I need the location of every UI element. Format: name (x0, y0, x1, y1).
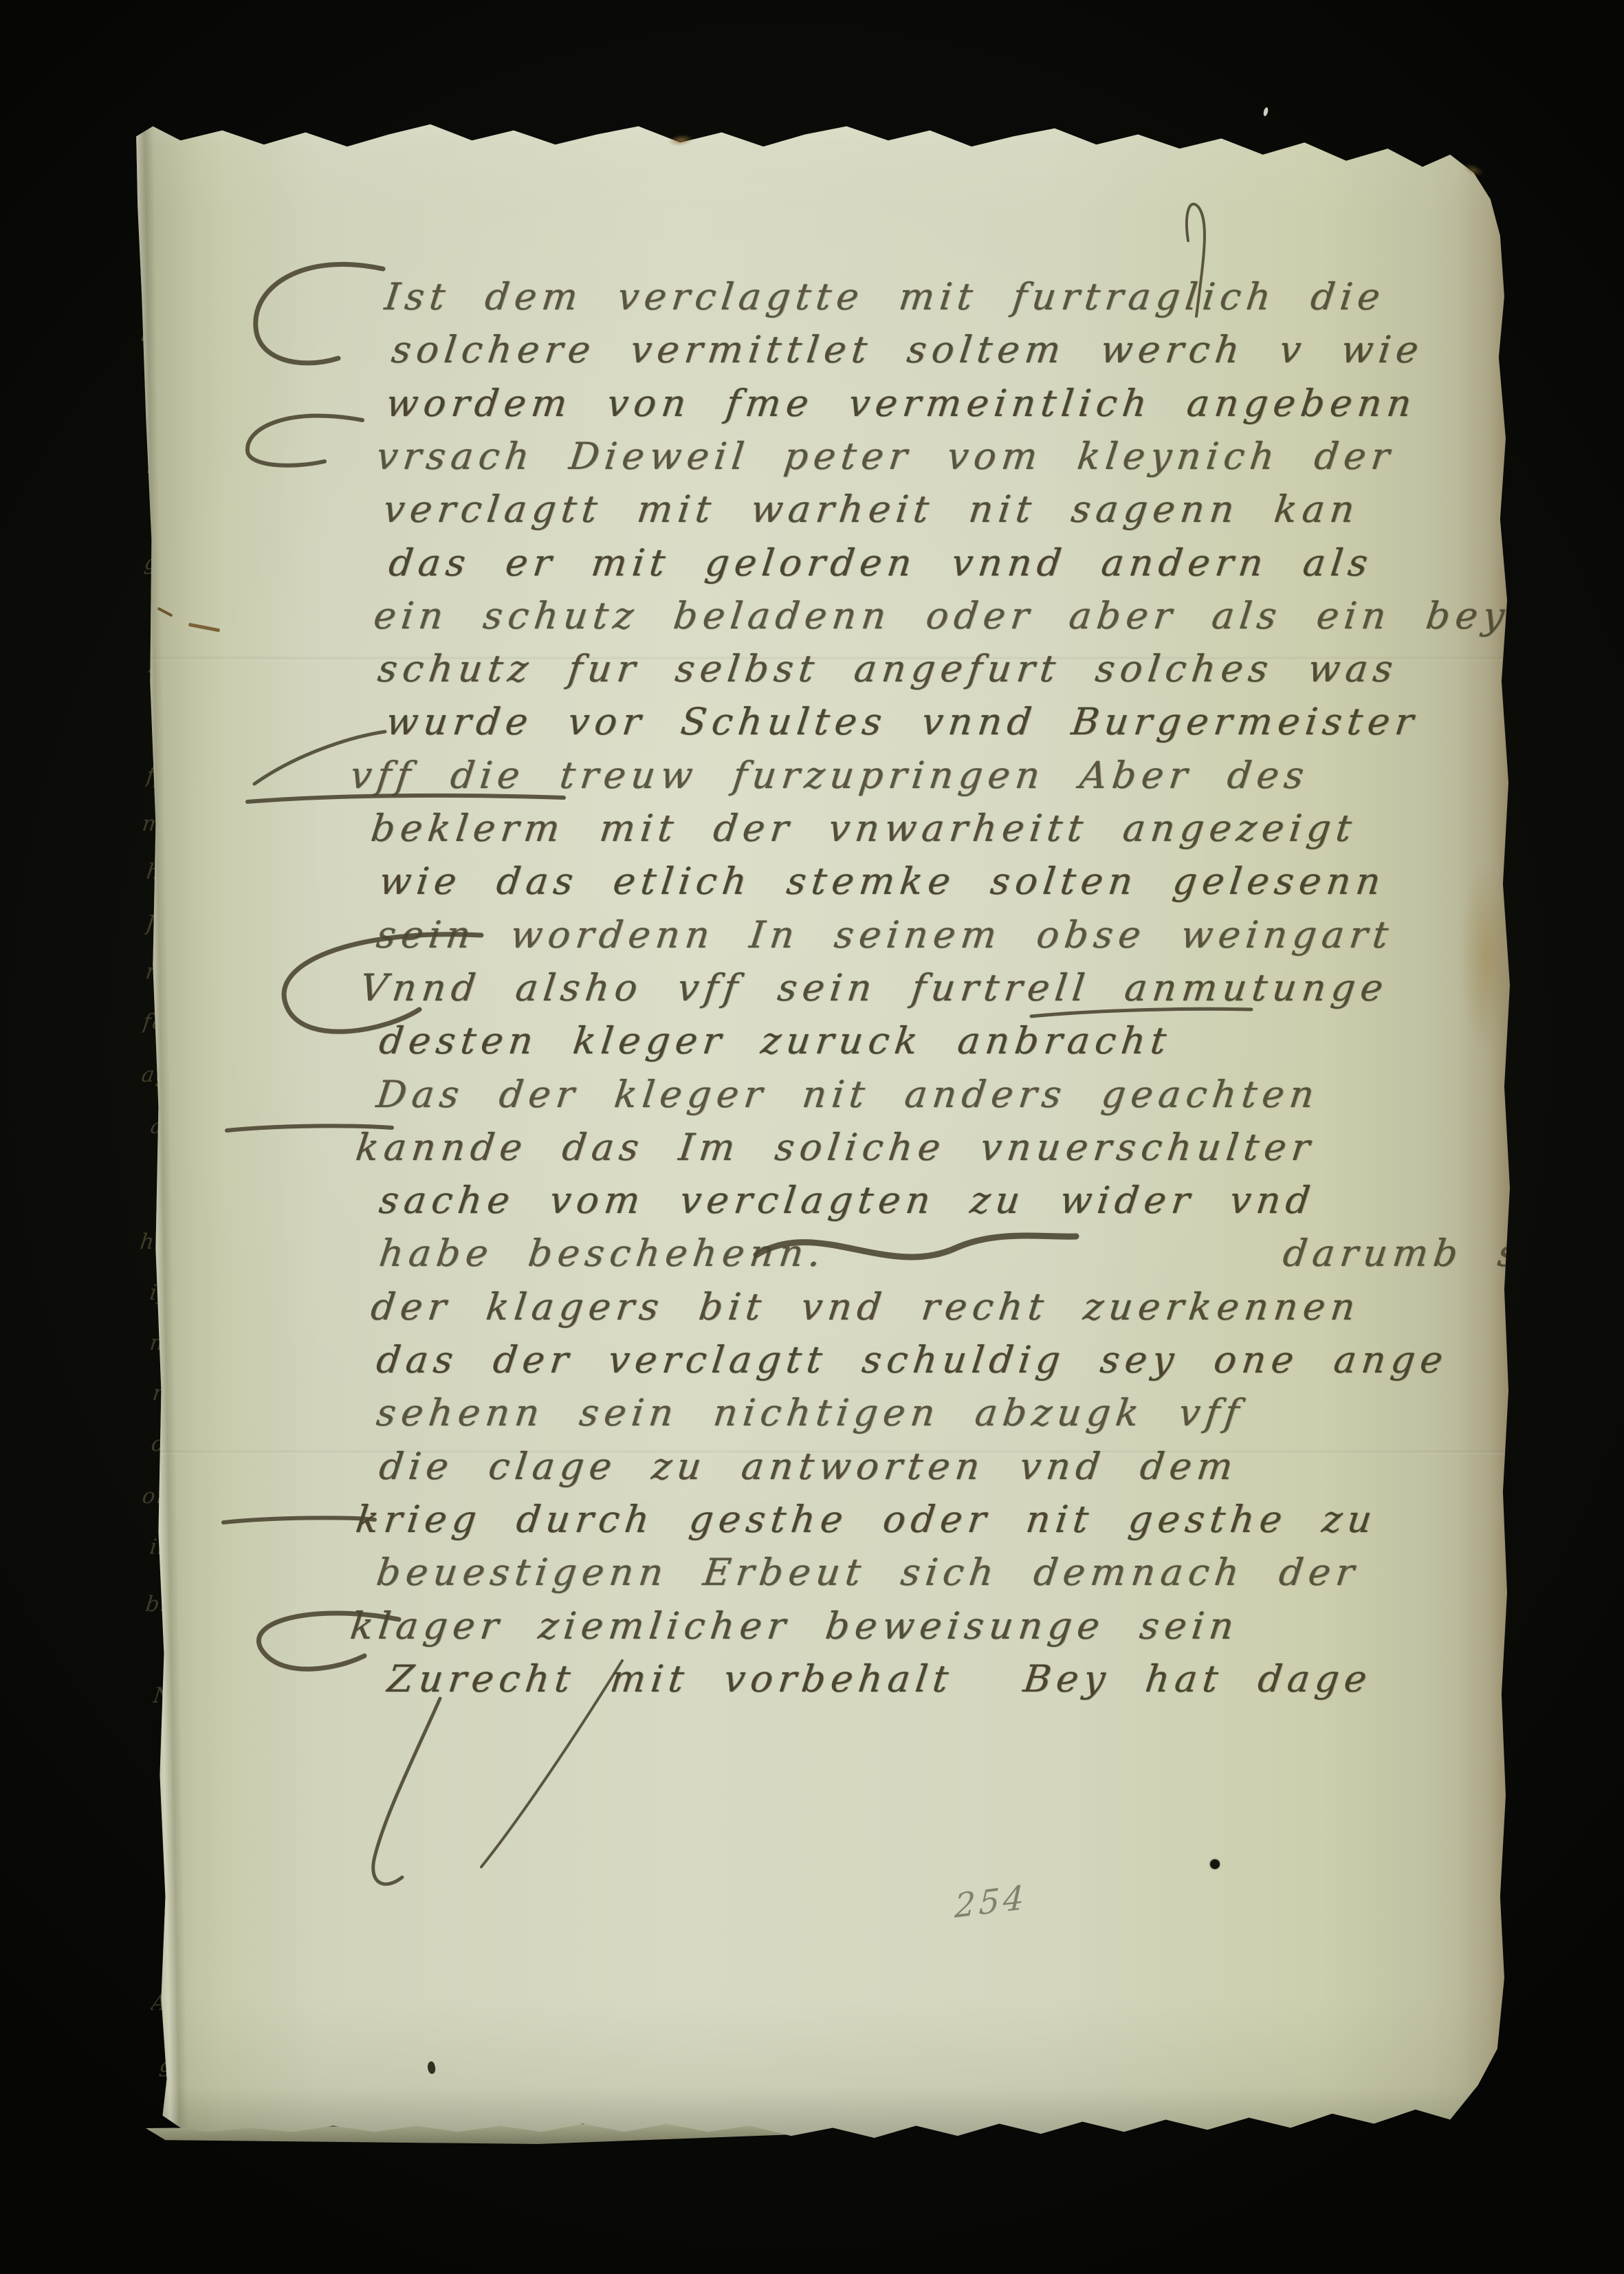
manuscript-line: klager ziemlicher beweisunge sein (348, 1604, 1241, 1648)
manuscript-line: wie das etlich stemke solten gelesenn (377, 860, 1388, 903)
descender-stroke (373, 1698, 440, 1884)
ink-blot (1210, 1859, 1220, 1869)
manuscript-line: Vnnd alsho vff sein furtrell anmutunge (358, 966, 1391, 1009)
manuscript-line: sache vom verclagten zu wider vnd (377, 1179, 1318, 1222)
manuscript-line: wordem von fme vermeintlich angebenn (384, 382, 1419, 425)
paragraph-loop-flourish (248, 416, 362, 466)
manuscript-line: Zurecht mit vorbehalt Bey hat dage (385, 1657, 1374, 1701)
manuscript-line: sehenn sein nichtigen abzugk vff (374, 1391, 1247, 1434)
manuscript-photo: ſtmhmgtzmijmg nm̃AffffnmihmJ hmitfanagaf… (0, 0, 1624, 2274)
manuscript-line: das er mit gelorden vnnd andern als (386, 541, 1375, 584)
terminal-dash-flourish (1031, 1009, 1251, 1016)
manuscript-line: wurde vor Schultes vnnd Burgermeister (384, 700, 1421, 743)
edge-stain (1460, 864, 1503, 1049)
manuscript-line: schutz fur selbst angefurt solches was (375, 647, 1401, 690)
manuscript-line: sein wordenn In seinem obse weingart (374, 913, 1396, 956)
manuscript-line: der klagers bit vnd recht zuerkennen (369, 1285, 1363, 1329)
manuscript-line: ein schutz beladenn oder aber als ein be… (371, 594, 1512, 637)
lead-dash-flourish (223, 1518, 375, 1522)
dust-speck (1263, 107, 1269, 116)
manuscript-line: vff die treuw furzupringen Aber des (348, 754, 1311, 797)
manuscript-line: die clage zu antworten vnd dem (377, 1445, 1240, 1488)
manuscript-line: Das der kleger nit anders geachten (374, 1073, 1321, 1116)
manuscript-line: verclagtt mit warheit nit sagenn kan (381, 488, 1362, 531)
manuscript-line: vrsach Dieweil peter vom kleynich der (374, 435, 1397, 478)
manuscript-line: Ist dem verclagtte mit furtraglich die (382, 275, 1387, 318)
manuscript-page: Ist dem verclagtte mit furtraglich dieso… (125, 114, 1513, 2140)
manuscript-line: krieg durch gesthe oder nit gesthe zu (353, 1498, 1379, 1541)
manuscript-line: beuestigenn Erbeut sich demnach der (374, 1551, 1362, 1594)
manuscript-line: beklerm mit der vnwarheitt angezeigt (369, 807, 1359, 850)
manuscript-line: solchere vermittlet soltem werch v wie (389, 328, 1426, 371)
manuscript-line: habe beschehenn. darumb sey (377, 1232, 1579, 1275)
opening-loop-flourish (256, 264, 383, 363)
manuscript-line: desten kleger zuruck anbracht (377, 1019, 1174, 1062)
manuscript-line: kannde das Im soliche vnuerschulter (353, 1126, 1317, 1169)
manuscript-line: das der verclagtt schuldig sey one ange (374, 1338, 1451, 1381)
